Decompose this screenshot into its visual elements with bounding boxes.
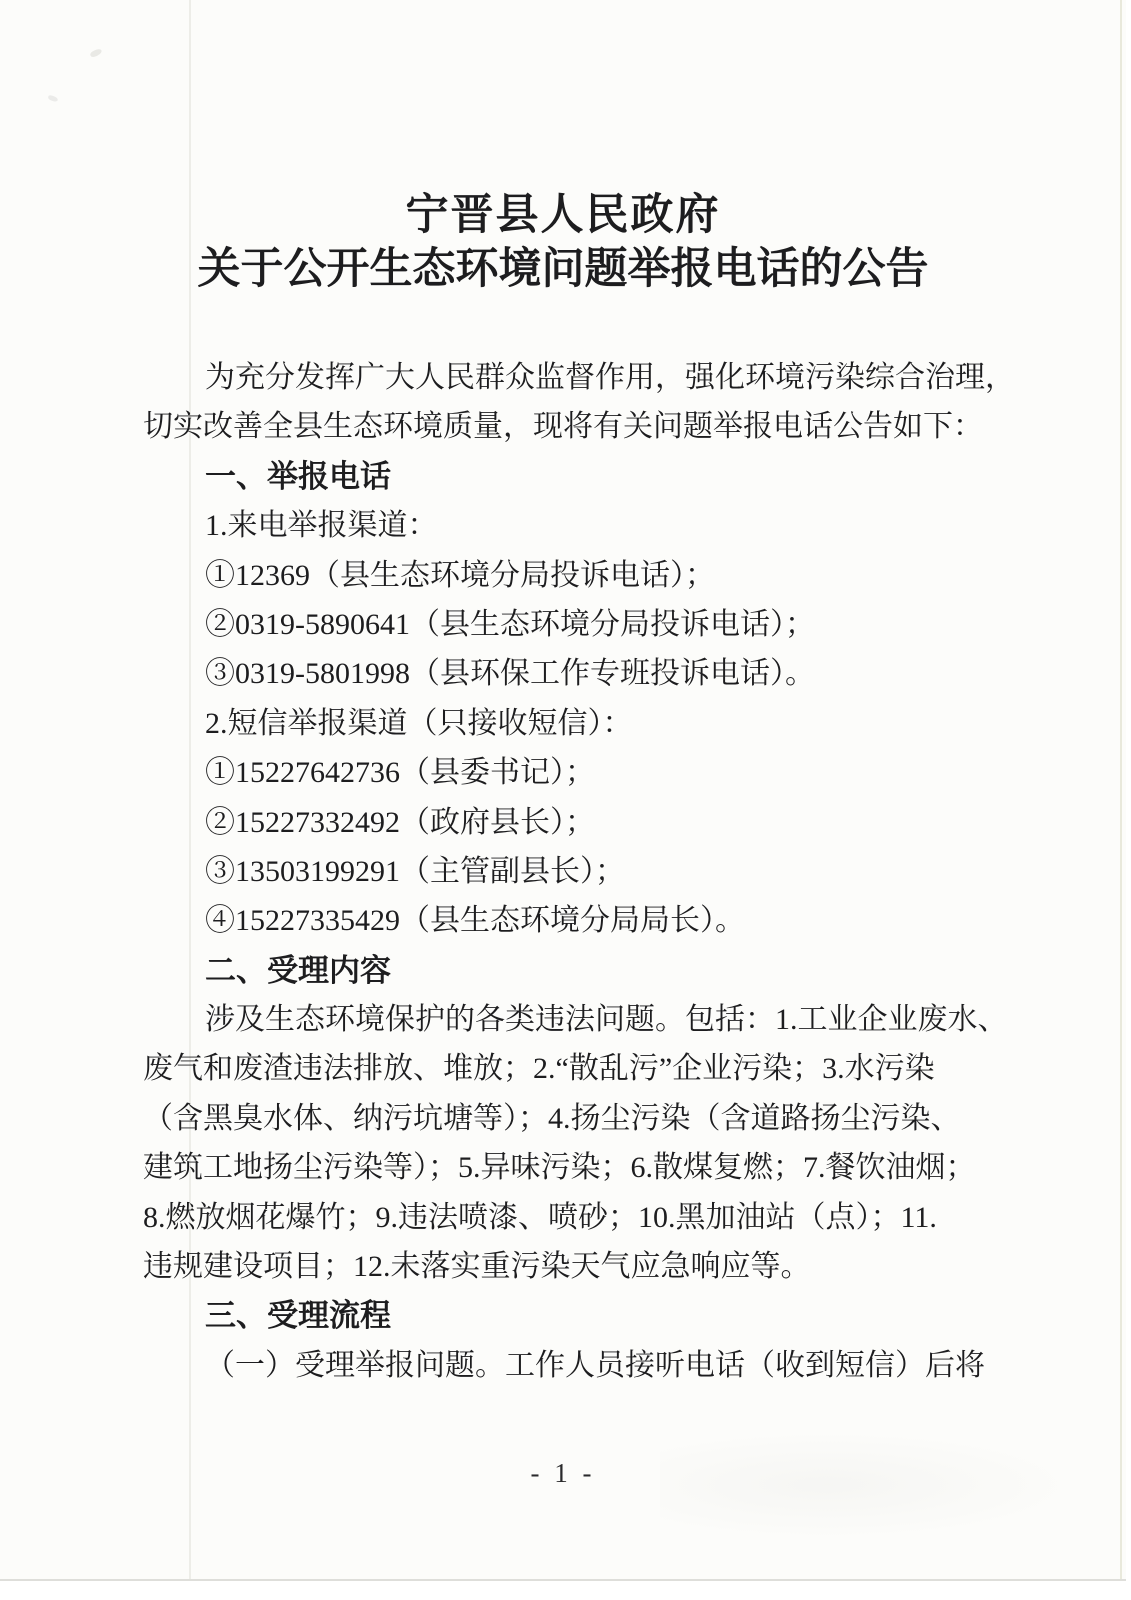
document-text-line: 涉及生态环境保护的各类违法问题。包括：1.工业企业废水、 — [143, 995, 1043, 1044]
document-text-line: ③0319-5801998（县环保工作专班投诉电话）。 — [143, 649, 1043, 698]
section-heading: 三、受理流程 — [143, 1291, 1043, 1340]
document-text-line: ②0319-5890641（县生态环境分局投诉电话）； — [143, 600, 1043, 649]
document-text-line: （含黑臭水体、纳污坑塘等）；4.扬尘污染（含道路扬尘污染、 — [143, 1094, 1043, 1143]
document-text-line: （一）受理举报问题。工作人员接听电话（收到短信）后将 — [143, 1341, 1043, 1390]
section-heading: 二、受理内容 — [143, 946, 1043, 995]
document-body: 为充分发挥广大人民群众监督作用，强化环境污染综合治理， 切实改善全县生态环境质量… — [143, 353, 1043, 1390]
page-number: - 1 - — [0, 1458, 1126, 1489]
document-text-line: 切实改善全县生态环境质量，现将有关问题举报电话公告如下： — [143, 402, 1043, 451]
document-title: 宁晋县人民政府 关于公开生态环境问题举报电话的公告 — [0, 190, 1126, 298]
page-bottom-edge — [0, 1579, 1126, 1581]
document-text-line: 为充分发挥广大人民群众监督作用，强化环境污染综合治理， — [143, 353, 1043, 402]
document-title-line-2: 关于公开生态环境问题举报电话的公告 — [0, 242, 1126, 298]
document-text-line: ①15227642736（县委书记）； — [143, 748, 1043, 797]
document-text-line: 2.短信举报渠道（只接收短信）： — [143, 699, 1043, 748]
document-text-line: 建筑工地扬尘污染等）；5.异味污染；6.散煤复燃；7.餐饮油烟； — [143, 1143, 1043, 1192]
scanned-page: 宁晋县人民政府 关于公开生态环境问题举报电话的公告 为充分发挥广大人民群众监督作… — [0, 0, 1126, 1581]
document-title-line-1: 宁晋县人民政府 — [0, 190, 1126, 242]
section-heading: 一、举报电话 — [143, 452, 1043, 501]
document-text-line: ③13503199291（主管副县长）； — [143, 847, 1043, 896]
scan-speck — [89, 48, 102, 59]
document-text-line: ④15227335429（县生态环境分局局长）。 — [143, 896, 1043, 945]
document-text-line: 废气和废渣违法排放、堆放；2.“散乱污”企业污染；3.水污染 — [143, 1044, 1043, 1093]
document-text-line: 8.燃放烟花爆竹；9.违法喷漆、喷砂；10.黑加油站（点）；11. — [143, 1193, 1043, 1242]
document-text-line: ①12369（县生态环境分局投诉电话）； — [143, 551, 1043, 600]
document-text-line: 1.来电举报渠道： — [143, 501, 1043, 550]
document-text-line: 违规建设项目；12.未落实重污染天气应急响应等。 — [143, 1242, 1043, 1291]
scan-speck — [47, 95, 58, 103]
document-text-line: ②15227332492（政府县长）； — [143, 798, 1043, 847]
